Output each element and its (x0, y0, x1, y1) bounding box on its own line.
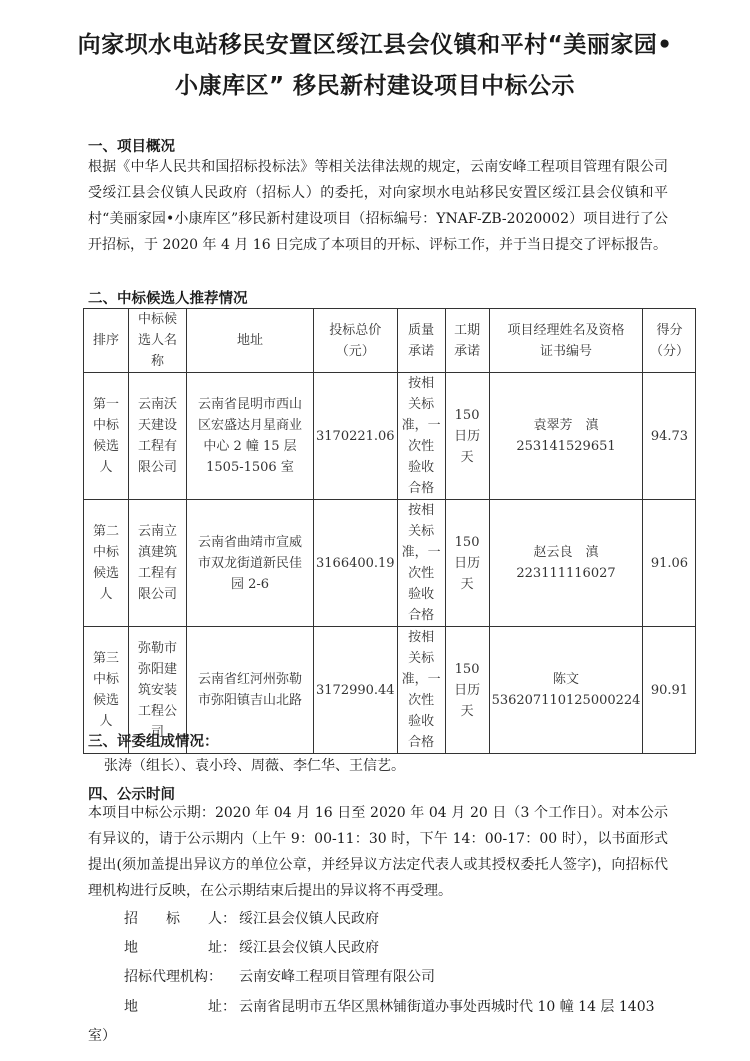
section1-heading: 一、项目概况 (88, 135, 175, 156)
contact-label: 地 址： (124, 996, 239, 1016)
contact-value: 云南省昆明市五华区黑林铺街道办事处西城时代 10 幢 14 层 1403 (239, 999, 655, 1015)
cell-name: 云南沃 天建设 工程有 限公司 (129, 373, 187, 500)
cell-score: 90.91 (643, 627, 696, 754)
contact-address-tail: 室） (88, 1025, 116, 1045)
cell-price: 3166400.19 (314, 500, 398, 627)
section3-body: 张涛（组长）、袁小玲、周薇、李仁华、王信艺。 (104, 755, 405, 775)
cell-manager: 赵云良 滇 223111116027 (489, 500, 643, 627)
table-row: 第二 中标 候选 人 云南立 滇建筑 工程有 限公司 云南省曲靖市宣威 市双龙街… (84, 500, 696, 627)
cell-manager: 陈文 536207110125000224 (489, 627, 643, 754)
section4-body: 本项目中标公示期：2020 年 04 月 16 日至 2020 年 04 月 2… (88, 800, 668, 904)
cell-rank: 第二 中标 候选 人 (84, 500, 129, 627)
document-title-line2: 小康库区” 移民新村建设项目中标公示 (0, 67, 750, 100)
col-period: 工期 承诺 (445, 309, 489, 373)
cell-name: 云南立 滇建筑 工程有 限公司 (129, 500, 187, 627)
cell-address: 云南省昆明市西山 区宏盛达月星商业 中心 2 幢 15 层 1505-1506 … (187, 373, 314, 500)
contact-agency: 招标代理机构：云南安峰工程项目管理有限公司 (124, 966, 435, 986)
cell-manager: 袁翠芳 滇 253141529651 (489, 373, 643, 500)
contact-tenderer: 招 标 人：绥江县会仪镇人民政府 (124, 908, 379, 928)
candidate-table: 排序 中标候 选人名 称 地址 投标总价 （元） 质量 承诺 工期 承诺 项目经… (83, 308, 696, 754)
section1-body: 根据《中华人民共和国招标投标法》等相关法律法规的规定，云南安峰工程项目管理有限公… (88, 154, 668, 258)
cell-period: 150 日历 天 (445, 500, 489, 627)
table-header-row: 排序 中标候 选人名 称 地址 投标总价 （元） 质量 承诺 工期 承诺 项目经… (84, 309, 696, 373)
contact-label: 地 址： (124, 937, 239, 957)
cell-rank: 第一 中标 候选 人 (84, 373, 129, 500)
table-row: 第一 中标 候选 人 云南沃 天建设 工程有 限公司 云南省昆明市西山 区宏盛达… (84, 373, 696, 500)
cell-score: 91.06 (643, 500, 696, 627)
col-name: 中标候 选人名 称 (129, 309, 187, 373)
cell-address: 云南省曲靖市宣威 市双龙街道新民佳 园 2-6 (187, 500, 314, 627)
col-rank: 排序 (84, 309, 129, 373)
contact-value: 绥江县会仪镇人民政府 (239, 940, 379, 956)
cell-price: 3170221.06 (314, 373, 398, 500)
section2-heading: 二、中标候选人推荐情况 (88, 287, 248, 308)
cell-quality: 按相 关标 准，一 次性 验收 合格 (397, 500, 445, 627)
col-address: 地址 (187, 309, 314, 373)
section3-heading: 三、评委组成情况： (88, 730, 219, 751)
col-price: 投标总价 （元） (314, 309, 398, 373)
contact-value: 绥江县会仪镇人民政府 (239, 911, 379, 927)
cell-period: 150 日历 天 (445, 627, 489, 754)
contact-tenderer-address: 地 址：绥江县会仪镇人民政府 (124, 937, 379, 957)
cell-score: 94.73 (643, 373, 696, 500)
contact-agency-address: 地 址：云南省昆明市五华区黑林铺街道办事处西城时代 10 幢 14 层 1403 (124, 996, 655, 1016)
contact-label: 招 标 人： (124, 908, 239, 928)
contact-value: 云南安峰工程项目管理有限公司 (239, 969, 435, 985)
document-title-line1: 向家坝水电站移民安置区绥江县会仪镇和平村“美丽家园• (0, 26, 750, 59)
col-quality: 质量 承诺 (397, 309, 445, 373)
col-score: 得分 （分） (643, 309, 696, 373)
cell-price: 3172990.44 (314, 627, 398, 754)
col-manager: 项目经理姓名及资格 证书编号 (489, 309, 643, 373)
cell-quality: 按相 关标 准，一 次性 验收 合格 (397, 373, 445, 500)
cell-quality: 按相 关标 准，一 次性 验收 合格 (397, 627, 445, 754)
cell-period: 150 日历 天 (445, 373, 489, 500)
contact-label: 招标代理机构： (124, 966, 239, 986)
